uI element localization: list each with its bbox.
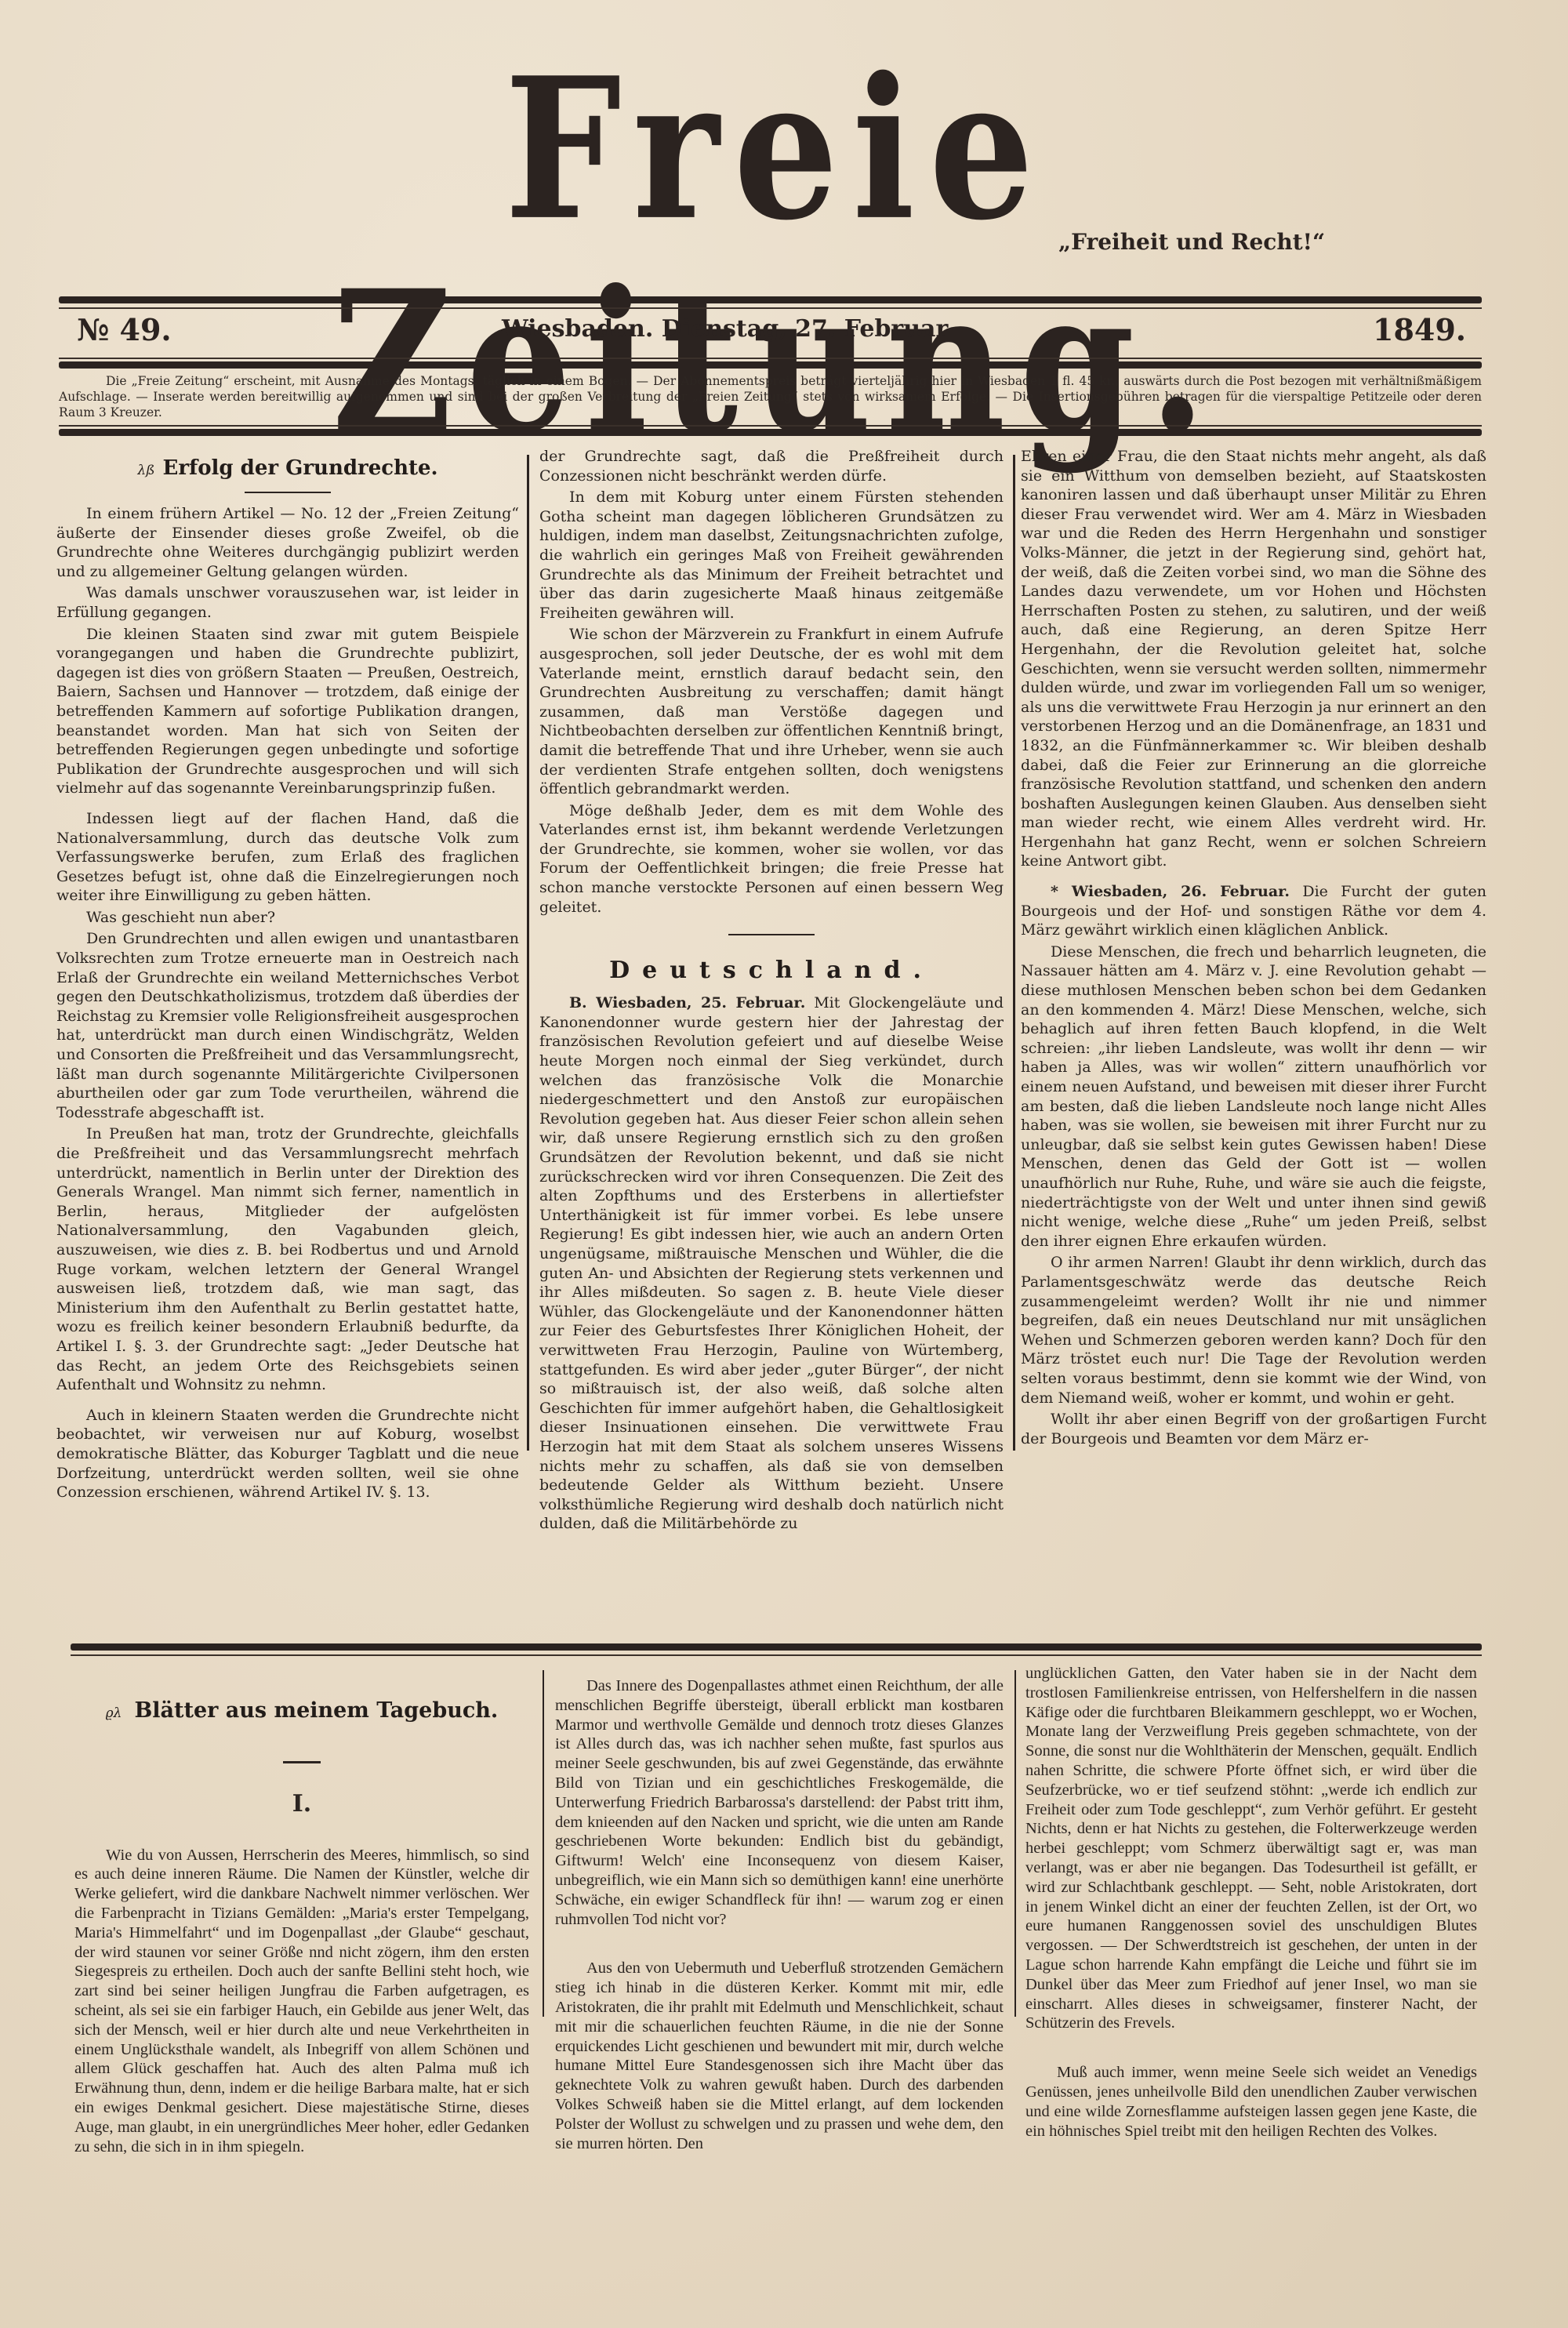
article-heading-grundrechte: λßErfolg der Grundrechte. bbox=[56, 455, 519, 484]
paragraph: unglücklichen Gatten, den Vater haben si… bbox=[1025, 1664, 1477, 2033]
paragraph: Wie du von Aussen, Herrscherin des Meere… bbox=[74, 1846, 529, 2157]
place-date: Wiesbaden. Dienstag, 27. Februar bbox=[502, 315, 948, 343]
part-number: I. bbox=[74, 1795, 529, 1814]
paragraph: Auch in kleinern Staaten werden die Grun… bbox=[56, 1406, 519, 1502]
paragraph: Diese Menschen, die frech und beharrlich… bbox=[1021, 942, 1486, 1251]
paragraph: In dem mit Koburg unter einem Fürsten st… bbox=[539, 488, 1004, 623]
section-heading-deutschland: Deutschland. bbox=[539, 957, 1004, 984]
feuilleton-heading: ϱλBlätter aus meinem Tagebuch. bbox=[74, 1702, 529, 1723]
paragraph: Was damals unschwer vorauszusehen war, i… bbox=[56, 583, 519, 622]
article-title: Erfolg der Grundrechte. bbox=[163, 456, 438, 480]
paragraph: Was geschieht nun aber? bbox=[56, 908, 519, 928]
paragraph: Den Grundrechten und allen ewigen und un… bbox=[56, 929, 519, 1122]
feuilleton-rule-thin bbox=[71, 1654, 1482, 1656]
masthead-rule-top bbox=[59, 296, 1482, 303]
dateline: № 49. Wiesbaden. Dienstag, 27. Februar 1… bbox=[63, 312, 1474, 351]
issue-number: № 49. bbox=[77, 312, 172, 347]
masthead-rule-top-thin bbox=[59, 307, 1482, 309]
paragraph: Indessen liegt auf der flachen Hand, daß… bbox=[56, 809, 519, 906]
paragraph: O ihr armen Narren! Glaubt ihr denn wirk… bbox=[1021, 1253, 1486, 1407]
notice-rule bbox=[59, 429, 1482, 436]
column-divider bbox=[1014, 1670, 1016, 2017]
issue-year: 1849. bbox=[1373, 312, 1466, 347]
feuilleton-column-1: ϱλBlätter aus meinem Tagebuch. I. Wie du… bbox=[74, 1702, 529, 2156]
masthead-motto: „Freiheit und Recht!“ bbox=[1058, 229, 1466, 255]
paragraph: Das Innere des Dogenpallastes athmet ein… bbox=[555, 1676, 1004, 1929]
paragraph: Muß auch immer, wenn meine Seele sich we… bbox=[1025, 2063, 1477, 2141]
dispatch-wiesbaden-26: * Wiesbaden, 26. Februar. Die Furcht der… bbox=[1021, 882, 1486, 940]
subscription-notice: Die „Freie Zeitung“ erscheint, mit Ausna… bbox=[59, 373, 1482, 420]
paragraph: der Grundrechte sagt, daß die Preßfreihe… bbox=[539, 447, 1004, 485]
author-mark: ϱλ bbox=[106, 1705, 122, 1721]
column-3: Ehren einer Frau, die den Staat nichts m… bbox=[1021, 447, 1486, 1448]
feuilleton-rule bbox=[71, 1643, 1482, 1651]
notice-rule-thin bbox=[59, 425, 1482, 427]
column-divider bbox=[527, 455, 529, 1451]
newspaper-page: Freie Zeitung. „Freiheit und Recht!“ № 4… bbox=[0, 0, 1568, 2328]
paragraph: Ehren einer Frau, die den Staat nichts m… bbox=[1021, 447, 1486, 871]
feuilleton-column-2: Das Innere des Dogenpallastes athmet ein… bbox=[555, 1676, 1004, 2153]
dispatch-text: Mit Glockengeläute und Kanonendonner wur… bbox=[539, 994, 1004, 1532]
paragraph: In einem frühern Artikel — No. 12 der „F… bbox=[56, 504, 519, 581]
column-divider bbox=[1013, 455, 1015, 1451]
feuilleton-column-3: unglücklichen Gatten, den Vater haben si… bbox=[1025, 1664, 1477, 2141]
column-1: λßErfolg der Grundrechte. In einem frühe… bbox=[56, 455, 519, 1502]
article-end-rule bbox=[728, 934, 815, 935]
dispatch-wiesbaden-25: B. Wiesbaden, 25. Februar. Mit Glockenge… bbox=[539, 993, 1004, 1534]
column-2: der Grundrechte sagt, daß die Preßfreihe… bbox=[539, 447, 1004, 1534]
dateline-rule bbox=[59, 361, 1482, 369]
dateline-rule-thin bbox=[59, 358, 1482, 359]
column-divider bbox=[543, 1670, 544, 2017]
paragraph: Aus den von Uebermuth und Ueberfluß stro… bbox=[555, 1959, 1004, 2153]
author-mark: λß bbox=[137, 463, 154, 478]
paragraph: Möge deßhalb Jeder, dem es mit dem Wohle… bbox=[539, 801, 1004, 917]
heading-rule bbox=[283, 1761, 321, 1763]
paragraph: In Preußen hat man, trotz der Grundrecht… bbox=[56, 1124, 519, 1394]
heading-rule bbox=[245, 492, 331, 493]
paragraph: Wollt ihr aber einen Begriff von der gro… bbox=[1021, 1410, 1486, 1448]
dispatch-dateline: B. Wiesbaden, 25. Februar. bbox=[569, 994, 805, 1011]
feuilleton-title: Blätter aus meinem Tagebuch. bbox=[134, 1698, 498, 1723]
dispatch-dateline: * Wiesbaden, 26. Februar. bbox=[1051, 883, 1290, 900]
paragraph: Wie schon der Märzverein zu Frankfurt in… bbox=[539, 625, 1004, 798]
paragraph: Die kleinen Staaten sind zwar mit gutem … bbox=[56, 625, 519, 798]
